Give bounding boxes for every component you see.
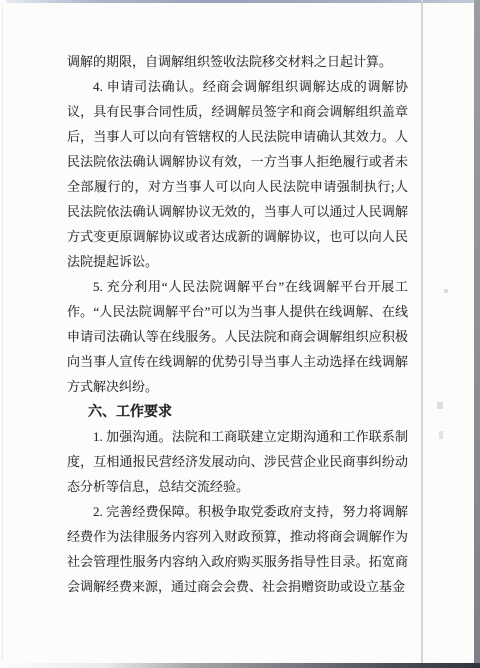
paragraph-2-funding-guarantee: 2. 完善经费保障。积极争取党委政府支持，努力将调解经费作为法律服务内容列入财政… — [67, 499, 408, 599]
scan-left-edge — [2, 4, 3, 660]
scanned-document-page: 调解的期限，自调解组织签收法院移交材料之日起计算。 4. 申请司法确认。经商会调… — [0, 0, 480, 668]
document-text-block: 调解的期限，自调解组织签收法院移交材料之日起计算。 4. 申请司法确认。经商会调… — [67, 49, 408, 599]
paragraph-5-online-mediation-platform: 5. 充分利用“人民法院调解平台”在线调解平台开展工作。“人民法院调解平台”可以… — [67, 274, 408, 399]
scan-smudge — [437, 402, 443, 409]
scan-bottom-edge — [0, 663, 480, 668]
paragraph-1-strengthen-communication: 1. 加强沟通。法院和工商联建立定期沟通和工作联系制度，互相通报民营经济发展动向… — [67, 424, 408, 499]
scan-smudge — [439, 431, 443, 439]
section-heading-6-work-requirements: 六、工作要求 — [67, 399, 408, 424]
scanner-edge-band — [474, 0, 480, 668]
scan-smudge — [444, 289, 448, 293]
paragraph-continuation-deadline: 调解的期限，自调解组织签收法院移交材料之日起计算。 — [67, 49, 408, 74]
paragraph-4-judicial-confirmation: 4. 申请司法确认。经商会调解组织调解达成的调解协议，具有民事合同性质，经调解员… — [67, 74, 408, 274]
page-fold-line — [421, 0, 423, 668]
scan-top-edge — [6, 0, 474, 3]
